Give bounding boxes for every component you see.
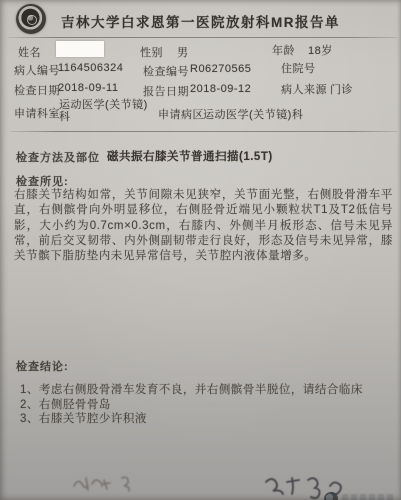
method-label: 检查方法及部位 bbox=[16, 149, 100, 165]
radiologist-signature-left bbox=[70, 470, 146, 498]
request-ward-label: 申请病区 bbox=[158, 106, 204, 122]
method-value: 磁共振右膝关节普通扫描(1.5T) bbox=[107, 148, 273, 164]
request-dept-value: 运动医学(关节镜)科 bbox=[59, 100, 151, 123]
exam-date-value: 2018-09-11 bbox=[58, 82, 118, 94]
patient-id-value: 1164506324 bbox=[58, 62, 123, 74]
watermark-text-blur bbox=[342, 494, 394, 500]
findings-label: 检查所见: bbox=[16, 173, 69, 189]
patient-id-label: 病人编号 bbox=[14, 62, 60, 78]
section-divider bbox=[10, 131, 397, 132]
patient-source-value: 门诊 bbox=[330, 81, 353, 97]
gender-label: 性别 bbox=[140, 44, 163, 60]
exam-no-value: R06270565 bbox=[190, 63, 251, 75]
name-redaction-box bbox=[56, 41, 104, 57]
request-ward-value: 运动医学(关节镜)科 bbox=[203, 106, 303, 122]
exam-no-label: 检查编号 bbox=[143, 63, 189, 79]
findings-text: 右膝关节结构如常，关节间隙未见狭窄，关节面光整，右侧股骨滑车平直，右侧髌骨向外明… bbox=[14, 188, 393, 264]
request-dept-label: 申请科室 bbox=[14, 105, 60, 121]
patient-source-label: 病人来源 bbox=[281, 81, 327, 97]
conclusion-label: 检查结论: bbox=[16, 358, 69, 374]
mr-report-document: 吉林大学白求恩第一医院放射科MR报告单 姓名 性别 男 年龄 18岁 病人编号 … bbox=[0, 0, 401, 500]
header-divider bbox=[8, 37, 397, 38]
report-date-label: 报告日期 bbox=[143, 83, 189, 99]
exam-date-label: 检查日期 bbox=[14, 82, 60, 98]
report-date-value: 2018-09-12 bbox=[190, 83, 251, 95]
report-title: 吉林大学白求恩第一医院放射科MR报告单 bbox=[0, 11, 401, 31]
admission-no-label: 住院号 bbox=[281, 60, 316, 76]
name-label: 姓名 bbox=[18, 44, 41, 60]
gender-value: 男 bbox=[177, 44, 189, 60]
watermark-logo-icon bbox=[324, 492, 338, 500]
conclusion-item-1: 1、考虑右侧股骨滑车发育不良，并右侧髌骨半脱位，请结合临床 bbox=[20, 381, 363, 397]
age-label: 年龄 bbox=[272, 42, 295, 58]
age-value: 18岁 bbox=[308, 42, 333, 58]
conclusion-item-3: 3、右膝关节腔少许积液 bbox=[20, 410, 147, 426]
document-content: 吉林大学白求恩第一医院放射科MR报告单 姓名 性别 男 年龄 18岁 病人编号 … bbox=[0, 0, 401, 500]
